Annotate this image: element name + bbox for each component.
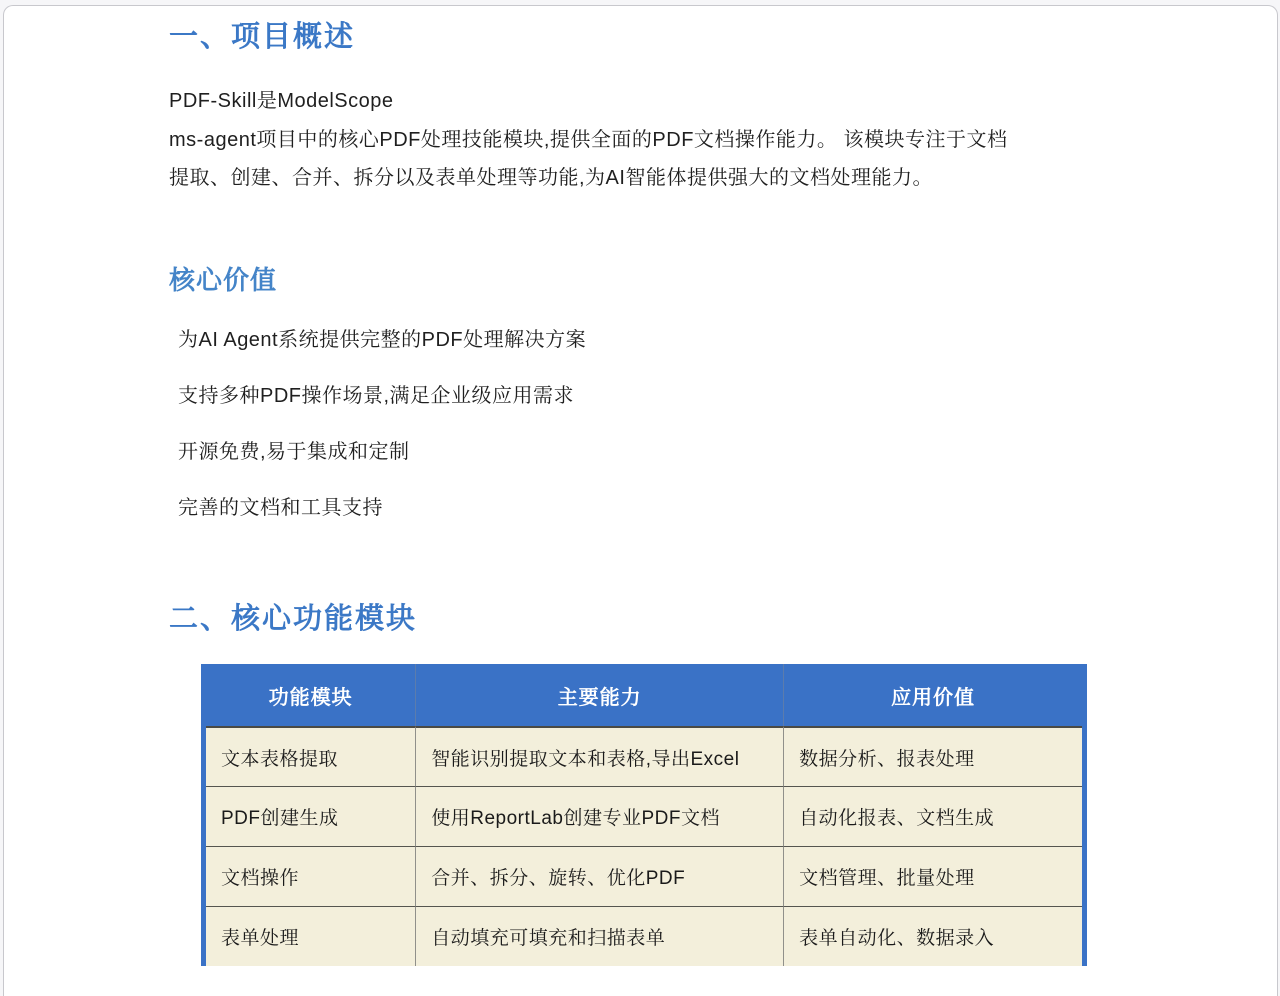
table-cell: 使用ReportLab创建专业PDF文档 <box>416 786 784 846</box>
table-cell: 合并、拆分、旋转、优化PDF <box>416 846 784 906</box>
overview-paragraph: PDF-Skill是ModelScope ms-agent项目中的核心PDF处理… <box>169 82 1127 198</box>
table-row: 表单处理 自动填充可填充和扫描表单 表单自动化、数据录入 <box>206 906 1082 966</box>
table-cell: 文档操作 <box>206 846 416 906</box>
core-value-item: 完善的文档和工具支持 <box>178 497 1127 519</box>
document-content: 一、项目概述 PDF-Skill是ModelScope ms-agent项目中的… <box>4 6 1277 966</box>
table-cell: 智能识别提取文本和表格,导出Excel <box>416 726 784 786</box>
table-header-cell: 功能模块 <box>206 664 416 726</box>
table-cell: 文本表格提取 <box>206 726 416 786</box>
table-cell: 自动填充可填充和扫描表单 <box>416 906 784 966</box>
table-cell: 文档管理、批量处理 <box>784 846 1082 906</box>
document-page: 一、项目概述 PDF-Skill是ModelScope ms-agent项目中的… <box>3 5 1278 996</box>
section-heading-overview: 一、项目概述 <box>169 19 1127 55</box>
paragraph-line: PDF-Skill是ModelScope <box>169 82 1127 121</box>
table-header-row: 功能模块 主要能力 应用价值 <box>206 664 1082 726</box>
section-heading-core-values: 核心价值 <box>169 260 1127 297</box>
core-value-item: 开源免费,易于集成和定制 <box>178 441 1127 463</box>
table-cell: PDF创建生成 <box>206 786 416 846</box>
table-header-cell: 主要能力 <box>416 664 784 726</box>
table-cell: 表单处理 <box>206 906 416 966</box>
paragraph-line: 提取、创建、合并、拆分以及表单处理等功能,为AI智能体提供强大的文档处理能力。 <box>169 159 1127 198</box>
paragraph-line: ms-agent项目中的核心PDF处理技能模块,提供全面的PDF文档操作能力。 … <box>169 121 1127 160</box>
table-cell: 表单自动化、数据录入 <box>784 906 1082 966</box>
modules-table: 功能模块 主要能力 应用价值 文本表格提取 智能识别提取文本和表格,导出Exce… <box>201 664 1087 966</box>
table-cell: 自动化报表、文档生成 <box>784 786 1082 846</box>
core-value-item: 为AI Agent系统提供完整的PDF处理解决方案 <box>178 329 1127 351</box>
core-values-list: 为AI Agent系统提供完整的PDF处理解决方案 支持多种PDF操作场景,满足… <box>169 329 1127 519</box>
core-value-item: 支持多种PDF操作场景,满足企业级应用需求 <box>178 385 1127 407</box>
table-row: 文档操作 合并、拆分、旋转、优化PDF 文档管理、批量处理 <box>206 846 1082 906</box>
section-heading-modules: 二、核心功能模块 <box>169 601 1127 637</box>
table-row: 文本表格提取 智能识别提取文本和表格,导出Excel 数据分析、报表处理 <box>206 726 1082 786</box>
table-cell: 数据分析、报表处理 <box>784 726 1082 786</box>
table-row: PDF创建生成 使用ReportLab创建专业PDF文档 自动化报表、文档生成 <box>206 786 1082 846</box>
table-header-cell: 应用价值 <box>784 664 1082 726</box>
